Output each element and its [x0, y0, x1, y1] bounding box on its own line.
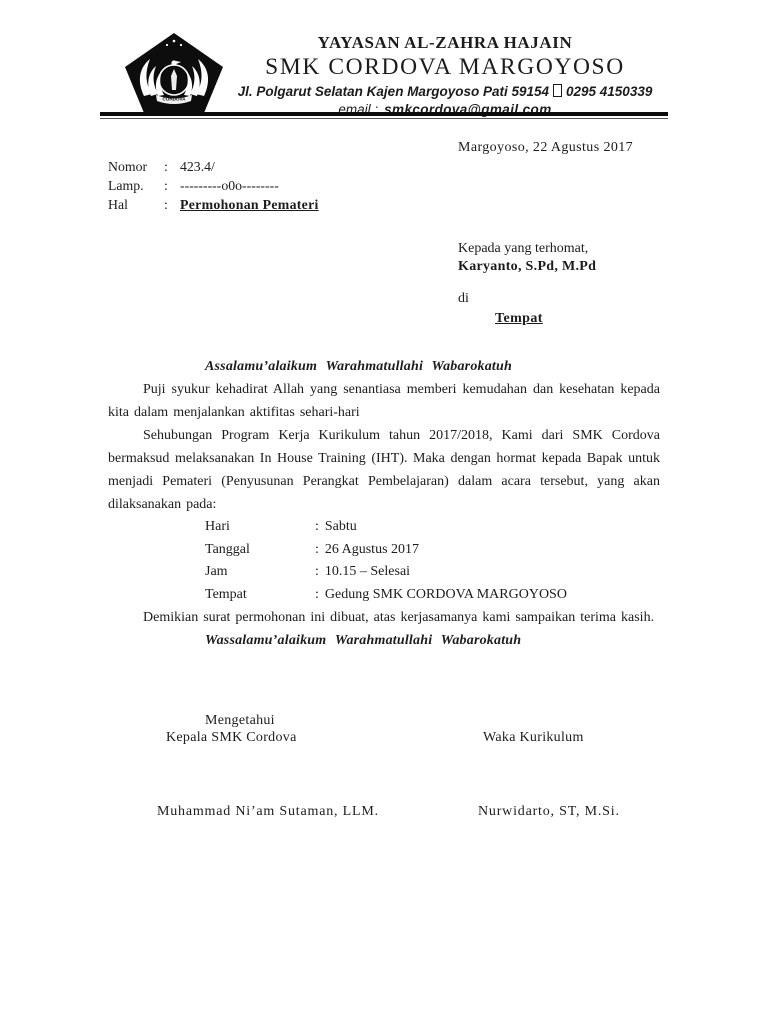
recipient-name: Karyanto, S.Pd, M.Pd [458, 258, 596, 276]
left-signer-name: Muhammad Ni’am Sutaman, LLM. [157, 804, 379, 820]
hal-label: Hal [108, 196, 164, 215]
detail-separator: : [315, 561, 319, 584]
dateline: Margoyoso, 22 Agustus 2017 [458, 140, 633, 156]
recipient-di: di [458, 290, 596, 308]
right-signer-name: Nurwidarto, ST, M.Si. [478, 804, 620, 820]
detail-label: Tanggal [205, 539, 315, 562]
detail-value: 10.15 – Selesai [325, 561, 410, 584]
hal-value: Permohonan Pemateri [180, 196, 319, 215]
event-details: Hari : Sabtu Tanggal : 26 Agustus 2017 J… [108, 516, 660, 606]
detail-separator: : [315, 584, 319, 607]
school-address: Jl. Polgarut Selatan Kajen Margoyoso Pat… [222, 84, 668, 100]
hal-row: Hal : Permohonan Pemateri [108, 196, 319, 215]
letter-body: Assalamu’alaikum Warahmatullahi Wabaroka… [108, 355, 660, 652]
detail-row-hari: Hari : Sabtu [205, 516, 660, 539]
recipient-salutation: Kepada yang terhomat, [458, 240, 596, 258]
lampiran-label: Lamp. [108, 177, 164, 196]
detail-row-jam: Jam : 10.15 – Selesai [205, 561, 660, 584]
nomor-label: Nomor [108, 158, 164, 177]
letterhead-divider [100, 112, 668, 119]
detail-value: Gedung SMK CORDOVA MARGOYOSO [325, 584, 567, 607]
hal-separator: : [164, 196, 180, 215]
logo-banner-text: CORDOVA [162, 97, 186, 102]
address-text: Jl. Polgarut Selatan Kajen Margoyoso Pat… [238, 84, 549, 99]
mengetahui-label: Mengetahui [205, 713, 275, 729]
foundation-name: YAYASAN AL-ZAHRA HAJAIN [222, 33, 668, 53]
recipient-place: Tempat [495, 310, 596, 328]
lampiran-row: Lamp. : ---------o0o-------- [108, 177, 319, 196]
detail-separator: : [315, 539, 319, 562]
nomor-row: Nomor : 423.4/ [108, 158, 319, 177]
closing-paragraph: Demikian surat permohonan ini dibuat, at… [108, 606, 660, 629]
detail-label: Hari [205, 516, 315, 539]
detail-value: 26 Agustus 2017 [325, 539, 419, 562]
phone-icon [553, 84, 562, 97]
divider-thick-line [100, 112, 668, 116]
detail-label: Tempat [205, 584, 315, 607]
lampiran-separator: : [164, 177, 180, 196]
pentagon-eagle-logo-icon: CORDOVA [122, 32, 226, 114]
left-signer-title: Kepala SMK Cordova [166, 730, 297, 746]
paragraph-2: Sehubungan Program Kerja Kurikulum tahun… [108, 424, 660, 516]
closing-salam: Wassalamu’alaikum Warahmatullahi Wabarok… [205, 629, 660, 652]
opening-salam: Assalamu’alaikum Warahmatullahi Wabaroka… [205, 355, 660, 378]
letterhead: YAYASAN AL-ZAHRA HAJAIN SMK CORDOVA MARG… [222, 33, 668, 117]
detail-label: Jam [205, 561, 315, 584]
detail-separator: : [315, 516, 319, 539]
school-name: SMK CORDOVA MARGOYOSO [222, 54, 668, 81]
school-logo: CORDOVA [122, 32, 226, 114]
nomor-value: 423.4/ [180, 158, 319, 177]
phone-number: 0295 4150339 [566, 84, 652, 99]
paragraph-1: Puji syukur kehadirat Allah yang senanti… [108, 378, 660, 424]
letter-page: CORDOVA YAYASAN AL-ZAHRA HAJAIN SMK CORD… [0, 0, 768, 1024]
divider-thin-line [100, 118, 668, 119]
nomor-separator: : [164, 158, 180, 177]
detail-row-tanggal: Tanggal : 26 Agustus 2017 [205, 539, 660, 562]
recipient-block: Kepada yang terhomat, Karyanto, S.Pd, M.… [458, 240, 596, 327]
detail-row-tempat: Tempat : Gedung SMK CORDOVA MARGOYOSO [205, 584, 660, 607]
right-signer-title: Waka Kurikulum [483, 730, 584, 746]
detail-value: Sabtu [325, 516, 357, 539]
lampiran-value: ---------o0o-------- [180, 177, 319, 196]
reference-block: Nomor : 423.4/ Lamp. : ---------o0o-----… [108, 158, 319, 214]
